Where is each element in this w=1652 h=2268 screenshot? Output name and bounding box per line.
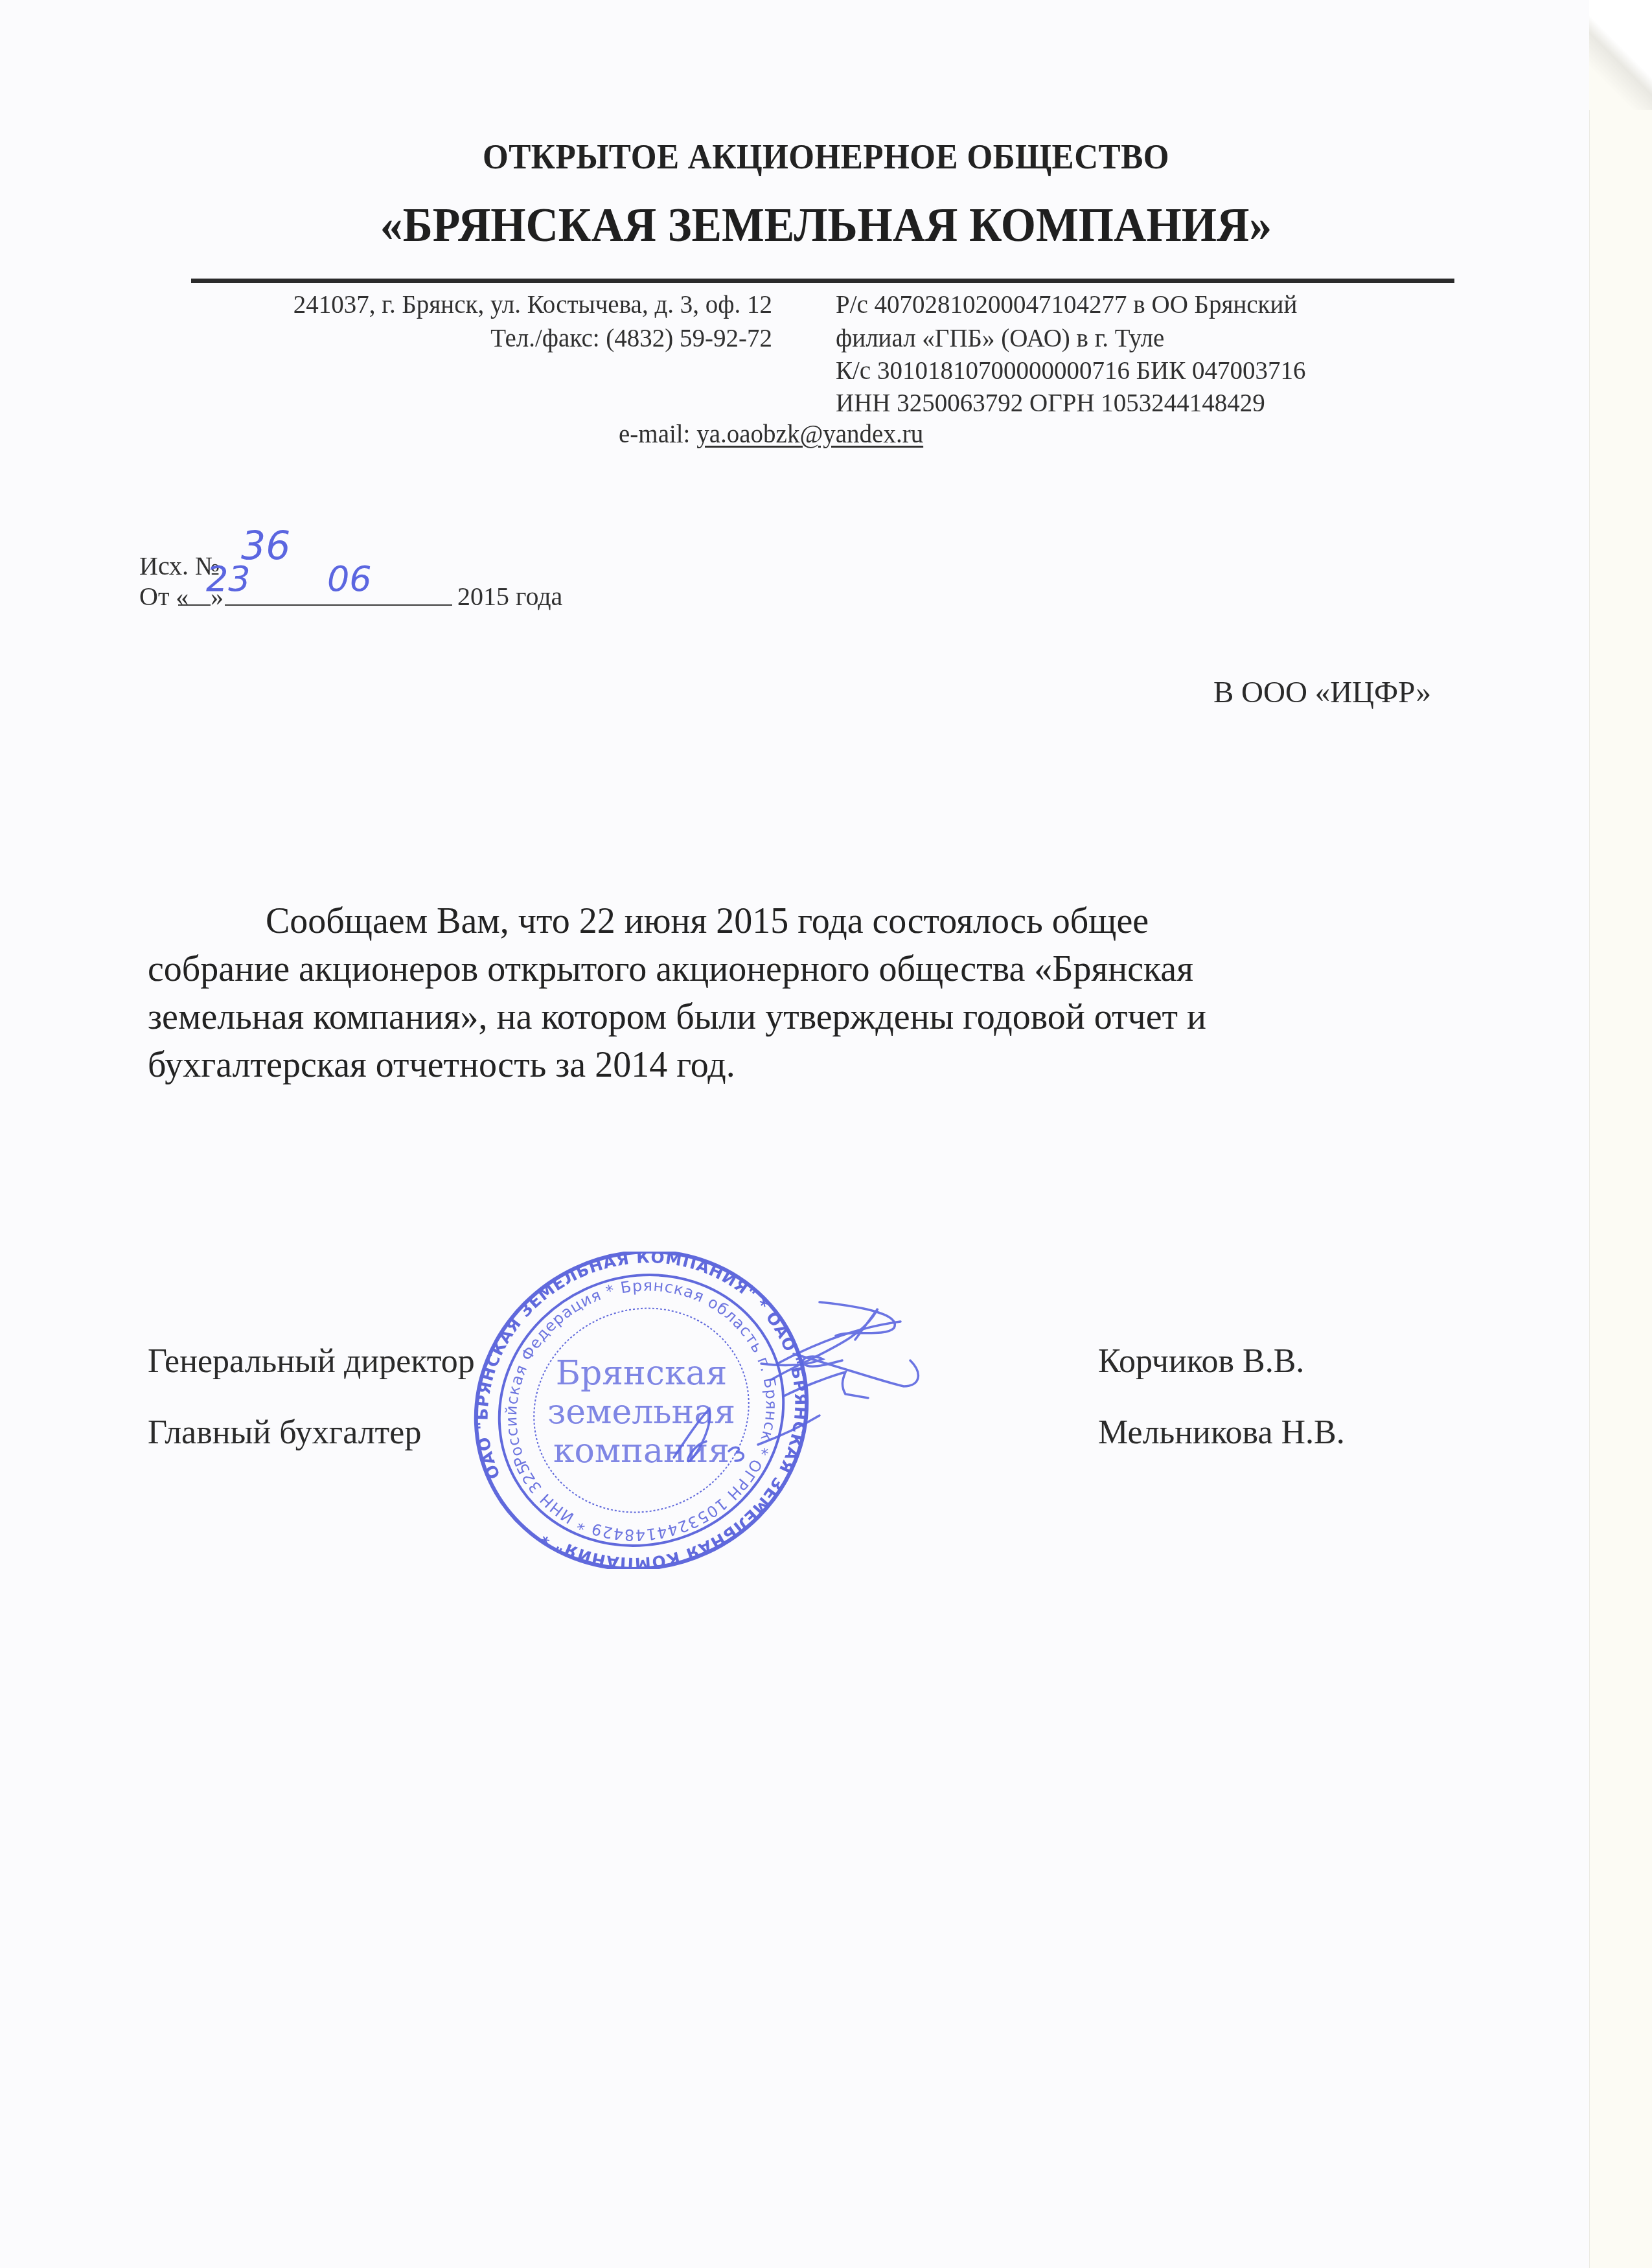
- signatory-title-director: Генеральный директор: [148, 1342, 475, 1380]
- svg-text:Брянская: Брянская: [556, 1354, 727, 1393]
- recipient: В ООО «ИЦФР»: [1213, 675, 1431, 710]
- signatory-title-accountant: Главный бухгалтер: [148, 1414, 421, 1452]
- date-close-quote: »: [211, 581, 224, 612]
- accountant-signature: [654, 1399, 829, 1471]
- org-name-heading: «БРЯНСКАЯ ЗЕМЕЛЬНАЯ КОМПАНИЯ»: [58, 198, 1594, 253]
- bank-corr-account-line: К/с 30101810700000000716 БИК 047003716: [836, 356, 1305, 385]
- letter-body: Сообщаем Вам, что 22 июня 2015 года сост…: [148, 897, 1443, 1089]
- org-type-heading: ОТКРЫТОЕ АКЦИОНЕРНОЕ ОБЩЕСТВО: [58, 136, 1594, 177]
- date-year: 2015 года: [457, 581, 562, 612]
- letterhead-divider: [191, 279, 1454, 283]
- body-line: земельная компания», на котором были утв…: [148, 993, 1443, 1041]
- email-label: e-mail:: [619, 420, 690, 448]
- scan-folded-corner: [1589, 0, 1652, 110]
- tax-ids-line: ИНН 3250063792 ОГРН 1053244148429: [836, 389, 1265, 418]
- date-month-underline: [272, 604, 452, 606]
- signatory-name-director: Корчиков В.В.: [1098, 1342, 1304, 1380]
- scan-page-edge: [1589, 0, 1652, 2268]
- signatory-name-accountant: Мельникова Н.В.: [1098, 1414, 1345, 1452]
- body-line: бухгалтерская отчетность за 2014 год.: [148, 1041, 1443, 1089]
- company-address: 241037, г. Брянск, ул. Костычева, д. 3, …: [293, 290, 772, 319]
- date-day-blank: [178, 604, 211, 606]
- email-line: e-mail: ya.oaobzk@yandex.ru: [619, 420, 923, 449]
- date-month-handwritten: 06: [327, 558, 372, 599]
- body-line: собрание акционеров открытого акционерно…: [148, 945, 1443, 993]
- company-phone: Тел./факс: (4832) 59-92-72: [490, 324, 772, 353]
- bank-account-line: Р/с 40702810200047104277 в ОО Брянский: [836, 290, 1297, 319]
- director-signature: [739, 1289, 952, 1406]
- bank-branch-line: филиал «ГПБ» (ОАО) в г. Туле: [836, 324, 1164, 353]
- body-line: Сообщаем Вам, что 22 июня 2015 года сост…: [148, 897, 1443, 945]
- email-link[interactable]: ya.oaobzk@yandex.ru: [696, 420, 923, 448]
- date-prefix: От «: [139, 581, 189, 612]
